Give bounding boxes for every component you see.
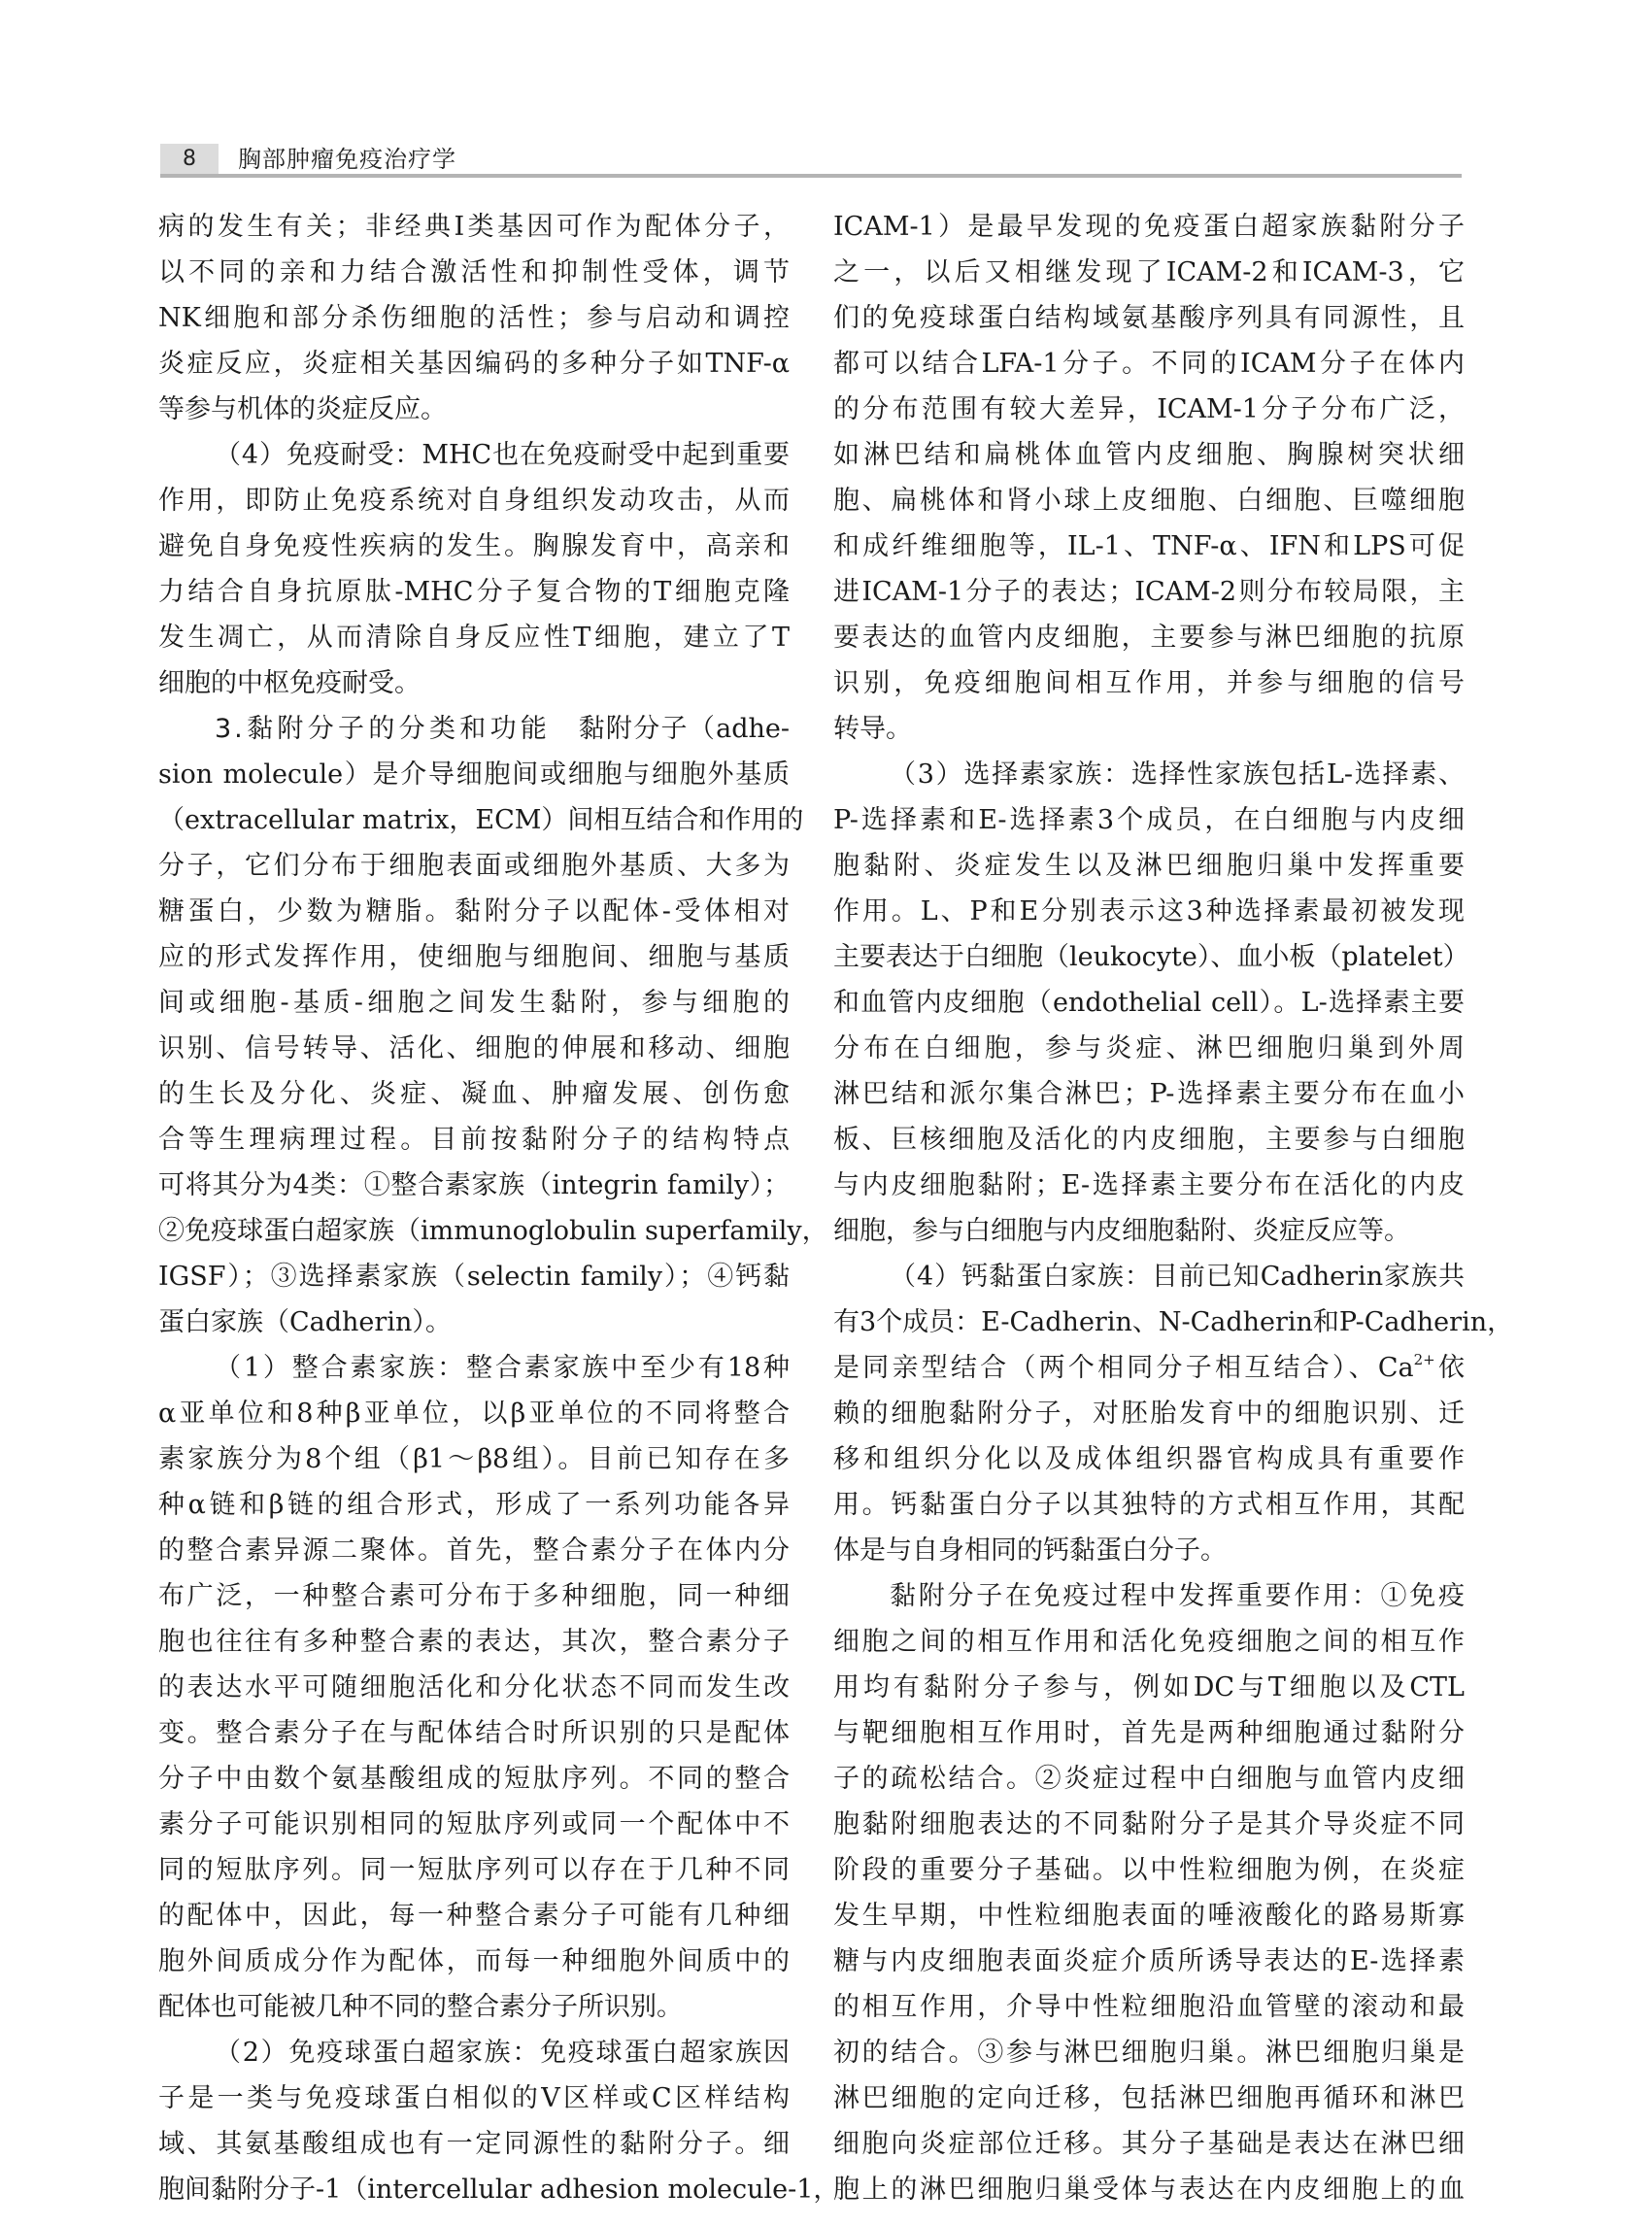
text-line: 细胞向炎症部位迁移。其分子基础是表达在淋巴细 [833, 2121, 1465, 2167]
text-line: 病的发生有关；非经典Ⅰ类基因可作为配体分子， [158, 204, 790, 250]
text-line: 识别，免疫细胞间相互作用，并参与细胞的信号 [833, 660, 1465, 706]
page-number: 8 [160, 144, 219, 175]
text-line: 的相互作用，介导中性粒细胞沿血管壁的滚动和最 [833, 1984, 1465, 2030]
text-line: （4）钙黏蛋白家族：目前已知Cadherin家族共 [833, 1254, 1465, 1299]
text-line: 如淋巴结和扁桃体血管内皮细胞、胸腺树突状细 [833, 432, 1465, 478]
text-line: P-选择素和E-选择素3个成员，在白细胞与内皮细 [833, 797, 1465, 843]
text-line: 胞黏附、炎症发生以及淋巴细胞归巢中发挥重要 [833, 843, 1465, 889]
text-line: NK细胞和部分杀伤细胞的活性；参与启动和调控 [158, 295, 790, 341]
text-line: 有3个成员：E-Cadherin、N-Cadherin和P-Cadherin， [833, 1299, 1465, 1345]
text-line: 域、其氨基酸组成也有一定同源性的黏附分子。细 [158, 2121, 790, 2167]
text-line: 体是与自身相同的钙黏蛋白分子。 [833, 1528, 1465, 1573]
text-line: 合等生理病理过程。目前按黏附分子的结构特点 [158, 1117, 790, 1163]
right-column: ICAM-1）是最早发现的免疫蛋白超家族黏附分子之一，以后又相继发现了ICAM-… [833, 204, 1465, 2212]
text-line: 细胞的中枢免疫耐受。 [158, 660, 790, 706]
text-line: 布广泛，一种整合素可分布于多种细胞，同一种细 [158, 1573, 790, 1619]
superscript: 2+ [1414, 1351, 1435, 1368]
book-title: 胸部肿瘤免疫治疗学 [238, 144, 456, 175]
text-line: 力结合自身抗原肽-MHC分子复合物的T细胞克隆 [158, 569, 790, 615]
text-line: 分子中由数个氨基酸组成的短肽序列。不同的整合 [158, 1756, 790, 1802]
text-line: 细胞之间的相互作用和活化免疫细胞之间的相互作 [833, 1619, 1465, 1665]
text-line: 进ICAM-1分子的表达；ICAM-2则分布较局限，主 [833, 569, 1465, 615]
text-line: ICAM-1）是最早发现的免疫蛋白超家族黏附分子 [833, 204, 1465, 250]
text-line: 发生凋亡，从而清除自身反应性T细胞，建立了T [158, 615, 790, 660]
text-line: 素家族分为8个组（β1～β8组）。目前已知存在多 [158, 1436, 790, 1482]
text-line: 种α链和β链的组合形式，形成了一系列功能各异 [158, 1482, 790, 1528]
text-line: 胞黏附细胞表达的不同黏附分子是其介导炎症不同 [833, 1802, 1465, 1847]
text-line: 之一，以后又相继发现了ICAM-2和ICAM-3，它 [833, 250, 1465, 295]
text-line: sion molecule）是介导细胞间或细胞与细胞外基质 [158, 752, 790, 797]
text-line: 和血管内皮细胞（endothelial cell）。L-选择素主要 [833, 980, 1465, 1026]
text-line: 避免自身免疫性疾病的发生。胸腺发育中，高亲和 [158, 523, 790, 569]
text-line: 素分子可能识别相同的短肽序列或同一个配体中不 [158, 1802, 790, 1847]
text-line: 应的形式发挥作用，使细胞与细胞间、细胞与基质 [158, 934, 790, 980]
text-line: （1）整合素家族：整合素家族中至少有18种 [158, 1345, 790, 1391]
text-line: 3.黏附分子的分类和功能 黏附分子（adhe- [158, 706, 790, 752]
text-line: 们的免疫球蛋白结构域氨基酸序列具有同源性，且 [833, 295, 1465, 341]
text-line: 的整合素异源二聚体。首先，整合素分子在体内分 [158, 1528, 790, 1573]
text-line: 的生长及分化、炎症、凝血、肿瘤发展、创伤愈 [158, 1071, 790, 1117]
text-line: 移和组织分化以及成体组织器官构成具有重要作 [833, 1436, 1465, 1482]
text-line: 都可以结合LFA-1分子。不同的ICAM分子在体内 [833, 341, 1465, 387]
text-line: 胞外间质成分作为配体，而每一种细胞外间质中的 [158, 1939, 790, 1984]
text-line: 用均有黏附分子参与，例如DC与T细胞以及CTL [833, 1665, 1465, 1710]
text-line: ②免疫球蛋白超家族（immunoglobulin superfamily， [158, 1208, 790, 1254]
text-line: 子是一类与免疫球蛋白相似的V区样或C区样结构 [158, 2075, 790, 2121]
text-line: 蛋白家族（Cadherin）。 [158, 1299, 790, 1345]
text-line: 与内皮细胞黏附；E-选择素主要分布在活化的内皮 [833, 1163, 1465, 1208]
text-line: 分布在白细胞，参与炎症、淋巴细胞归巢到外周 [833, 1026, 1465, 1071]
running-header: 8 胸部肿瘤免疫治疗学 [160, 144, 1462, 177]
text-line: 细胞，参与白细胞与内皮细胞黏附、炎症反应等。 [833, 1208, 1465, 1254]
text-line: 糖与内皮细胞表面炎症介质所诱导表达的E-选择素 [833, 1939, 1465, 1984]
text-line: 识别、信号转导、活化、细胞的伸展和移动、细胞 [158, 1026, 790, 1071]
text-line: （4）免疫耐受：MHC也在免疫耐受中起到重要 [158, 432, 790, 478]
text-line: 胞间黏附分子-1（intercellular adhesion molecule… [158, 2167, 790, 2212]
text-line: 和成纤维细胞等，IL-1、TNF-α、IFN和LPS可促 [833, 523, 1465, 569]
left-column: 病的发生有关；非经典Ⅰ类基因可作为配体分子，以不同的亲和力结合激活性和抑制性受体… [158, 204, 790, 2212]
section-heading: 3.黏附分子的分类和功能 [215, 714, 551, 744]
text-line: 胞上的淋巴细胞归巢受体与表达在内皮细胞上的血 [833, 2167, 1465, 2212]
text-line: 糖蛋白，少数为糖脂。黏附分子以配体-受体相对 [158, 889, 790, 934]
text-line: 炎症反应，炎症相关基因编码的多种分子如TNF-α [158, 341, 790, 387]
text-line: 同的短肽序列。同一短肽序列可以存在于几种不同 [158, 1847, 790, 1893]
text-line: （3）选择素家族：选择性家族包括L-选择素、 [833, 752, 1465, 797]
text-line: 等参与机体的炎症反应。 [158, 387, 790, 432]
text-line: 可将其分为4类：①整合素家族（integrin family）； [158, 1163, 790, 1208]
text-line: 初的结合。③参与淋巴细胞归巢。淋巴细胞归巢是 [833, 2030, 1465, 2075]
text-line: 主要表达于白细胞（leukocyte）、血小板（platelet） [833, 934, 1465, 980]
text-line: 淋巴结和派尔集合淋巴；P-选择素主要分布在血小 [833, 1071, 1465, 1117]
section-lead-text: 黏附分子（adhe- [579, 714, 790, 744]
text-line: 发生早期，中性粒细胞表面的唾液酸化的路易斯寡 [833, 1893, 1465, 1939]
text-line: 以不同的亲和力结合激活性和抑制性受体，调节 [158, 250, 790, 295]
text-line: （2）免疫球蛋白超家族：免疫球蛋白超家族因 [158, 2030, 790, 2075]
text-line: α亚单位和8种β亚单位，以β亚单位的不同将整合 [158, 1391, 790, 1436]
text-line: 板、巨核细胞及活化的内皮细胞，主要参与白细胞 [833, 1117, 1465, 1163]
text-line: 作用。L、P和E分别表示这3种选择素最初被发现 [833, 889, 1465, 934]
text-line: 间或细胞-基质-细胞之间发生黏附，参与细胞的 [158, 980, 790, 1026]
text-line: 用。钙黏蛋白分子以其独特的方式相互作用，其配 [833, 1482, 1465, 1528]
text-line: 黏附分子在免疫过程中发挥重要作用：①免疫 [833, 1573, 1465, 1619]
text-line: 配体也可能被几种不同的整合素分子所识别。 [158, 1984, 790, 2030]
text-line: （extracellular matrix，ECM）间相互结合和作用的 [158, 797, 790, 843]
text-line: 的配体中，因此，每一种整合素分子可能有几种细 [158, 1893, 790, 1939]
text-line: 变。整合素分子在与配体结合时所识别的只是配体 [158, 1710, 790, 1756]
text-line: 的表达水平可随细胞活化和分化状态不同而发生改 [158, 1665, 790, 1710]
text-line: 作用，即防止免疫系统对自身组织发动攻击，从而 [158, 478, 790, 523]
text-line: IGSF）；③选择素家族（selectin family）；④钙黏 [158, 1254, 790, 1299]
text-line: 与靶细胞相互作用时，首先是两种细胞通过黏附分 [833, 1710, 1465, 1756]
text-line: 的分布范围有较大差异，ICAM-1分子分布广泛， [833, 387, 1465, 432]
text-line: 转导。 [833, 706, 1465, 752]
text-line: 是同亲型结合（两个相同分子相互结合）、Ca2+依 [833, 1345, 1465, 1391]
text-line: 淋巴细胞的定向迁移，包括淋巴细胞再循环和淋巴 [833, 2075, 1465, 2121]
header-rule [160, 174, 1462, 178]
text-line: 赖的细胞黏附分子，对胚胎发育中的细胞识别、迁 [833, 1391, 1465, 1436]
text-line: 子的疏松结合。②炎症过程中白细胞与血管内皮细 [833, 1756, 1465, 1802]
text-line: 分子，它们分布于细胞表面或细胞外基质、大多为 [158, 843, 790, 889]
text-line: 胞也往往有多种整合素的表达，其次，整合素分子 [158, 1619, 790, 1665]
text-line: 要表达的血管内皮细胞，主要参与淋巴细胞的抗原 [833, 615, 1465, 660]
text-line: 胞、扁桃体和肾小球上皮细胞、白细胞、巨噬细胞 [833, 478, 1465, 523]
text-line: 阶段的重要分子基础。以中性粒细胞为例，在炎症 [833, 1847, 1465, 1893]
